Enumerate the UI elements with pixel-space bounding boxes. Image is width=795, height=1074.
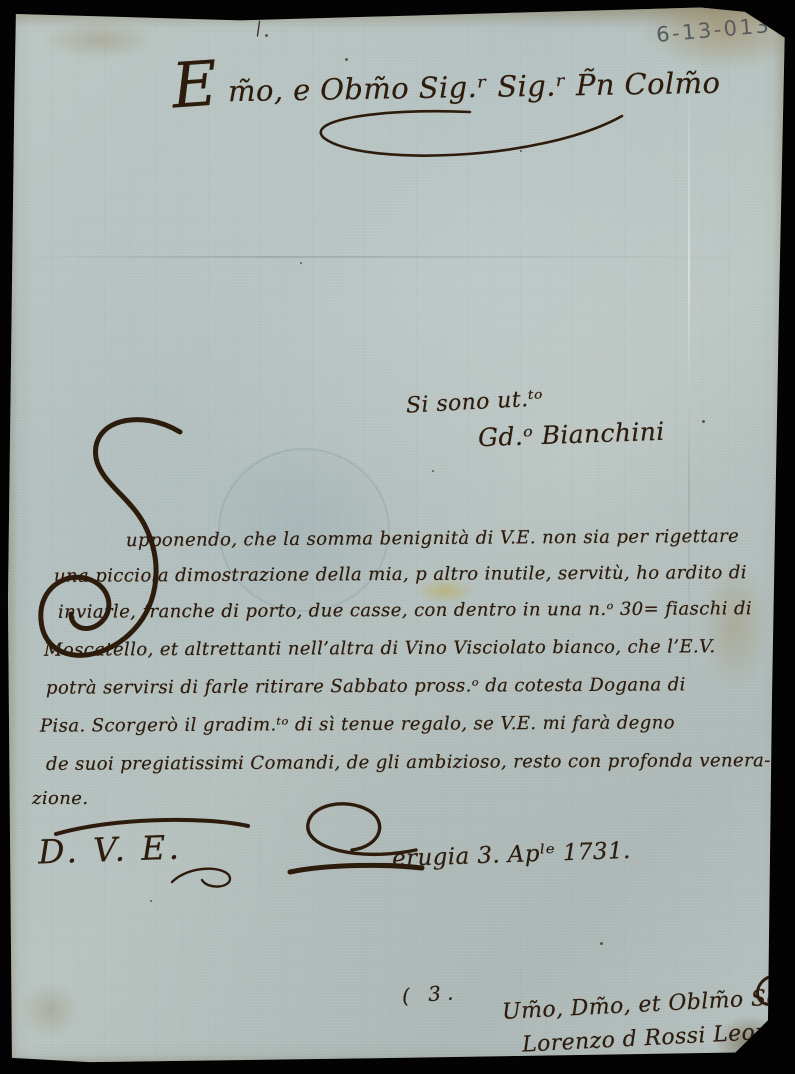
ink-speck [265, 34, 268, 37]
body-line: Moscatello, et altrettanti nell’altra di… [44, 636, 716, 661]
corner-tick-mark: | [255, 18, 265, 38]
received-note-line2: Gd.ᵒ Bianchini [478, 417, 666, 452]
body-line: zione. [32, 788, 88, 809]
paren-mark: ( 3. [401, 980, 460, 1008]
salutation-underline-flourish [290, 100, 630, 170]
body-line: upponendo, che la somma benignità di V.E… [126, 526, 739, 551]
body-line: inviarle, franche di porto, due casse, c… [58, 598, 752, 623]
ink-speck [300, 262, 302, 264]
body-line: potrà servirsi di farle ritirare Sabbato… [46, 674, 686, 698]
stain-top-left [40, 20, 160, 60]
crease-horizontal [20, 256, 760, 258]
ink-speck [345, 58, 348, 61]
signature-tail-flourish [742, 972, 782, 1022]
valediction-text: D. V. E. [37, 828, 182, 872]
salutation-initial: E [170, 46, 221, 122]
body-line: de suoi pregiatissimi Comandi, de gli am… [46, 750, 771, 775]
ink-speck [150, 900, 152, 902]
ink-speck [702, 420, 705, 423]
ink-speck [432, 470, 434, 472]
valediction-spiral [170, 862, 240, 892]
body-line: una picciola dimostrazione della mia, p … [54, 562, 747, 587]
stain-bottom-left [20, 980, 80, 1040]
signature-name: Lorenzo d Rossi Leoni [522, 1019, 778, 1057]
archival-inventory-number: 6-13-013 [655, 13, 772, 47]
received-note-line1: Si sono ut.ᵗᵒ [405, 386, 543, 418]
manuscript-scan: 6-13-013 | E m̃o, e Obm̃o Sig.ʳ Sig.ʳ P̃… [0, 0, 795, 1074]
letter-paper-sheet: 6-13-013 | E m̃o, e Obm̃o Sig.ʳ Sig.ʳ P̃… [0, 0, 795, 1074]
body-line: Pisa. Scorgerò il gradim.ᵗᵒ di sì tenue … [40, 712, 675, 736]
ink-speck [600, 942, 603, 945]
